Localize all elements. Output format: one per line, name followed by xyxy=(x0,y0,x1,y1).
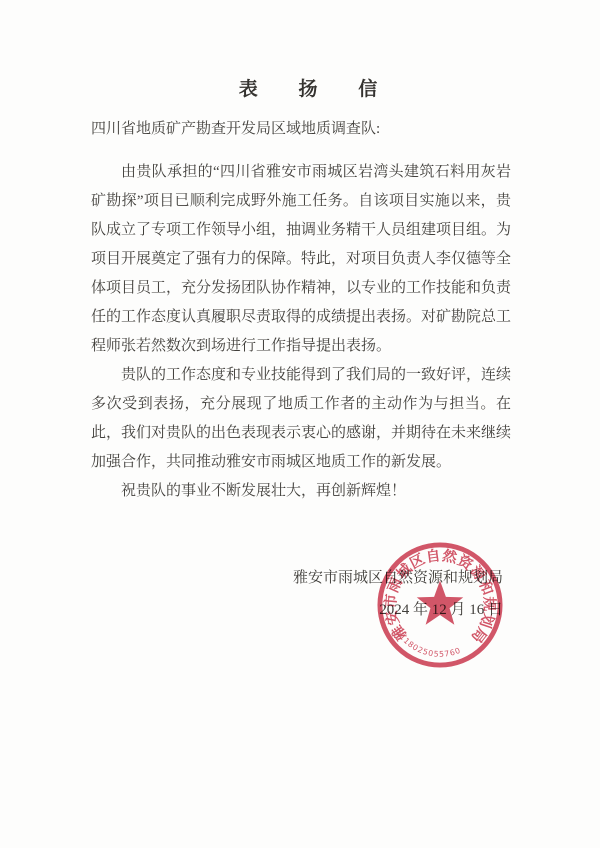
paragraph: 由贵队承担的“四川省雅安市雨城区岩湾头建筑石料用灰岩矿勘探”项目已顺利完成野外施… xyxy=(91,158,511,361)
addressee-line: 四川省地质矿产勘查开发局区域地质调查队: xyxy=(91,115,511,144)
seal-code: 5118025055760 xyxy=(394,628,462,659)
letter-title: 表 扬 信 xyxy=(0,76,600,103)
paragraph: 祝贵队的事业不断发展壮大，再创新辉煌！ xyxy=(91,477,511,506)
letter-body: 四川省地质矿产勘查开发局区域地质调查队: 由贵队承担的“四川省雅安市雨城区岩湾头… xyxy=(0,115,600,625)
date-line: 2024 年 12 月 16 日 xyxy=(91,596,503,625)
paragraph: 贵队的工作态度和专业技能得到了我们局的一致好评，连续多次受到表扬，充分展现了地质… xyxy=(91,361,511,477)
signature: 雅安市雨城区自然资源和规划局 xyxy=(91,564,503,593)
letter-page: 表 扬 信 四川省地质矿产勘查开发局区域地质调查队: 由贵队承担的“四川省雅安市… xyxy=(0,0,600,848)
paragraphs: 由贵队承担的“四川省雅安市雨城区岩湾头建筑石料用灰岩矿勘探”项目已顺利完成野外施… xyxy=(91,158,511,506)
signature-block: 雅安市雨城区自然资源和规划局 2024 年 12 月 16 日 xyxy=(91,564,503,625)
